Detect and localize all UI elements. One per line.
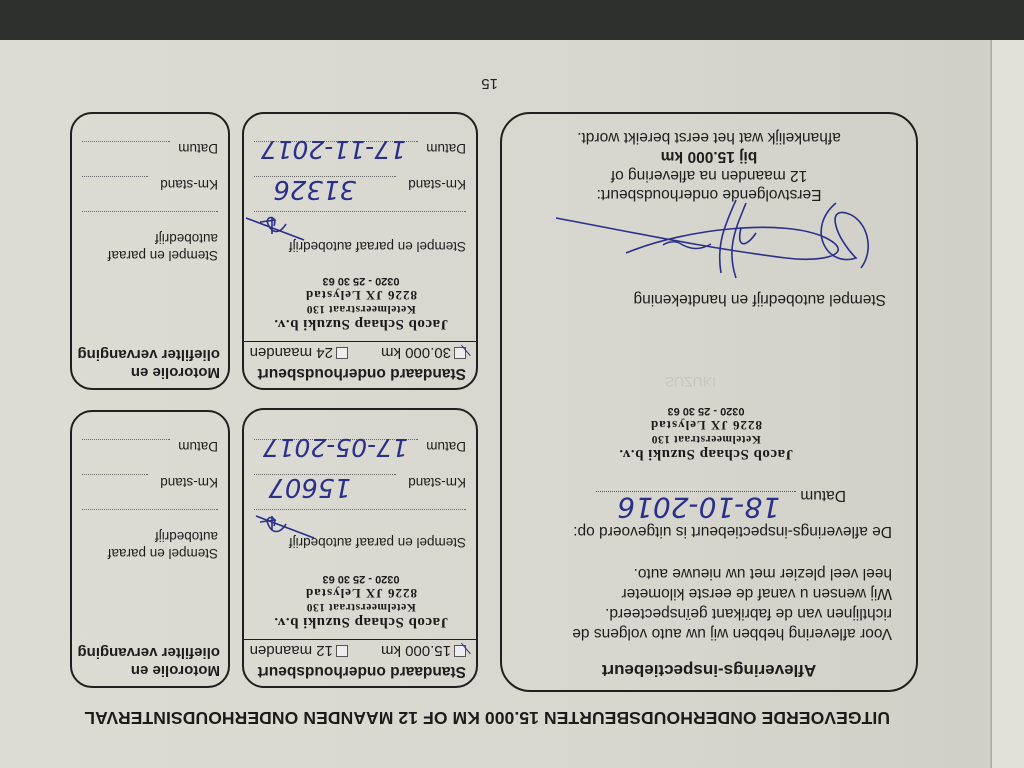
- datum-label: Datum: [800, 487, 846, 504]
- option-km[interactable]: 30.000 km: [381, 344, 466, 361]
- intro-line: heel veel plezier met uw nieuwe auto.: [522, 563, 892, 583]
- next-line: bij 15.000 km: [502, 147, 916, 166]
- option-km-label: 15.000 km: [381, 642, 451, 659]
- checkbox-empty-icon[interactable]: [336, 347, 348, 359]
- stamp-name: Jacob Schaap Suzuki b.v.: [256, 613, 466, 630]
- delivery-inspection-title: Afleverings-inspectiebeurt: [502, 660, 916, 680]
- datum-line: 18-10-2016: [596, 491, 796, 510]
- stamp-city: 8226 JX Lelystad: [256, 585, 466, 601]
- option-km-label: 30.000 km: [381, 344, 451, 361]
- label-line: Stempel en paraaf: [108, 545, 218, 562]
- stamp-name: Jacob Schaap Suzuki b.v.: [591, 445, 821, 462]
- paraaf-initials: [236, 208, 306, 248]
- datum-line[interactable]: [82, 439, 170, 440]
- km-label: Km-stand: [408, 177, 466, 192]
- bleed-through-text: SUZUKI: [665, 374, 716, 390]
- signature-label: Stempel autobedrijf en handtekening: [634, 290, 887, 308]
- paraaf-line[interactable]: [82, 211, 218, 212]
- label-line: Stempel en paraaf: [108, 247, 218, 264]
- checkbox-empty-icon[interactable]: [336, 645, 348, 657]
- signature: [546, 198, 886, 288]
- oil-title-line: oliefilter vervanging: [77, 345, 220, 363]
- stamp-paraaf-label: Stempel en paraaf autobedrijf: [108, 230, 218, 264]
- paraaf-line[interactable]: [82, 509, 218, 510]
- stamp-paraaf-label: Stempel en paraaf autobedrijf: [289, 239, 466, 254]
- option-months-label: 12 maanden: [250, 642, 333, 659]
- service-options: 15.000 km 12 maanden: [244, 639, 476, 660]
- intro-line: Voor aflevering hebben wij uw auto volge…: [522, 623, 892, 643]
- datum-label: Datum: [426, 141, 466, 156]
- next-service-text: Eerstvolgende onderhoudsbeurt: 12 maande…: [502, 128, 916, 204]
- delivery-intro-text: Voor aflevering hebben wij uw auto volge…: [522, 563, 892, 643]
- datum-label: Datum: [178, 439, 218, 454]
- datum-handwritten-value: 18-10-2016: [617, 491, 780, 524]
- rotated-page-photo: UITGEVOERDE ONDERHOUDSBEURTEN 15.000 KM …: [0, 0, 1024, 768]
- dealer-stamp: Jacob Schaap Suzuki b.v. Ketelmeerstraat…: [256, 275, 466, 332]
- datum-handwritten-value: 17-05-2017: [263, 433, 408, 462]
- dealer-stamp: Jacob Schaap Suzuki b.v. Ketelmeerstraat…: [591, 405, 821, 462]
- stamp-name: Jacob Schaap Suzuki b.v.: [256, 315, 466, 332]
- stamp-city: 8226 JX Lelystad: [591, 417, 821, 433]
- oil-title-line: Motorolie en: [77, 661, 220, 679]
- datum-handwritten-value: 17-11-2017: [261, 135, 406, 164]
- issued-label: De afleverings-inspectiebeurt is uitgevo…: [573, 522, 892, 540]
- page-number: 15: [481, 75, 498, 92]
- oil-change-title: Motorolie en oliefilter vervanging: [77, 643, 220, 679]
- next-line: afhankelijk wat het eerst bereikt wordt.: [502, 128, 916, 147]
- label-line: autobedrijf: [108, 528, 218, 545]
- page-crease: [990, 40, 992, 768]
- km-handwritten-value: 15607: [268, 472, 351, 502]
- stamp-street: Ketelmeerstraat 130: [256, 303, 466, 315]
- page-heading: UITGEVOERDE ONDERHOUDSBEURTEN 15.000 KM …: [90, 707, 890, 728]
- km-line[interactable]: [82, 176, 148, 177]
- km-label: Km-stand: [408, 475, 466, 490]
- paraaf-line: [254, 211, 466, 212]
- km-label: Km-stand: [160, 177, 218, 192]
- service-box-30000: Standaard onderhoudsbeurt 30.000 km 24 m…: [242, 112, 478, 390]
- km-label: Km-stand: [160, 475, 218, 490]
- service-title: Standaard onderhoudsbeurt: [258, 662, 466, 680]
- service-title: Standaard onderhoudsbeurt: [258, 364, 466, 382]
- facing-page-edge: [991, 40, 1024, 768]
- option-months[interactable]: 12 maanden: [250, 642, 348, 659]
- datum-line[interactable]: [82, 141, 170, 142]
- stamp-city: 8226 JX Lelystad: [256, 287, 466, 303]
- option-months[interactable]: 24 maanden: [250, 344, 348, 361]
- dealer-stamp: Jacob Schaap Suzuki b.v. Ketelmeerstraat…: [256, 573, 466, 630]
- oil-change-title: Motorolie en oliefilter vervanging: [77, 345, 220, 381]
- paraaf-initials: [236, 506, 316, 546]
- option-months-label: 24 maanden: [250, 344, 333, 361]
- delivery-inspection-box: Afleverings-inspectiebeurt Voor afleveri…: [500, 112, 918, 692]
- label-line: autobedrijf: [108, 230, 218, 247]
- stamp-street: Ketelmeerstraat 130: [591, 433, 821, 445]
- stamp-street: Ketelmeerstraat 130: [256, 601, 466, 613]
- next-line: Eerstvolgende onderhoudsbeurt:: [502, 185, 916, 204]
- delivery-date-field[interactable]: Datum 18-10-2016: [596, 486, 846, 510]
- oil-change-box-1: Motorolie en oliefilter vervanging Stemp…: [70, 410, 230, 688]
- stamp-paraaf-label: Stempel en paraaf autobedrijf: [108, 528, 218, 562]
- stamp-phone: 0320 - 25 30 63: [591, 405, 821, 417]
- datum-label: Datum: [426, 439, 466, 454]
- service-options: 30.000 km 24 maanden: [244, 341, 476, 362]
- next-km: bij 15.000 km: [661, 148, 758, 165]
- oil-title-line: Motorolie en: [77, 363, 220, 381]
- booklet-page: UITGEVOERDE ONDERHOUDSBEURTEN 15.000 KM …: [0, 40, 1024, 768]
- oil-change-box-2: Motorolie en oliefilter vervanging Stemp…: [70, 112, 230, 390]
- checkbox-checked-icon[interactable]: [454, 347, 466, 359]
- stamp-phone: 0320 - 25 30 63: [256, 275, 466, 287]
- intro-line: richtlijnen van de fabrikant geïnspectee…: [522, 603, 892, 623]
- km-line[interactable]: [82, 474, 148, 475]
- intro-line: Wij wensen u vanaf de eerste kilometer: [522, 583, 892, 603]
- checkbox-checked-icon[interactable]: [454, 645, 466, 657]
- stamp-phone: 0320 - 25 30 63: [256, 573, 466, 585]
- km-handwritten-value: 31326: [273, 174, 356, 204]
- next-line: 12 maanden na aflevering of: [502, 166, 916, 185]
- datum-label: Datum: [178, 141, 218, 156]
- paraaf-line: [254, 509, 466, 510]
- oil-title-line: oliefilter vervanging: [77, 643, 220, 661]
- service-box-15000: Standaard onderhoudsbeurt 15.000 km 12 m…: [242, 408, 478, 688]
- option-km[interactable]: 15.000 km: [381, 642, 466, 659]
